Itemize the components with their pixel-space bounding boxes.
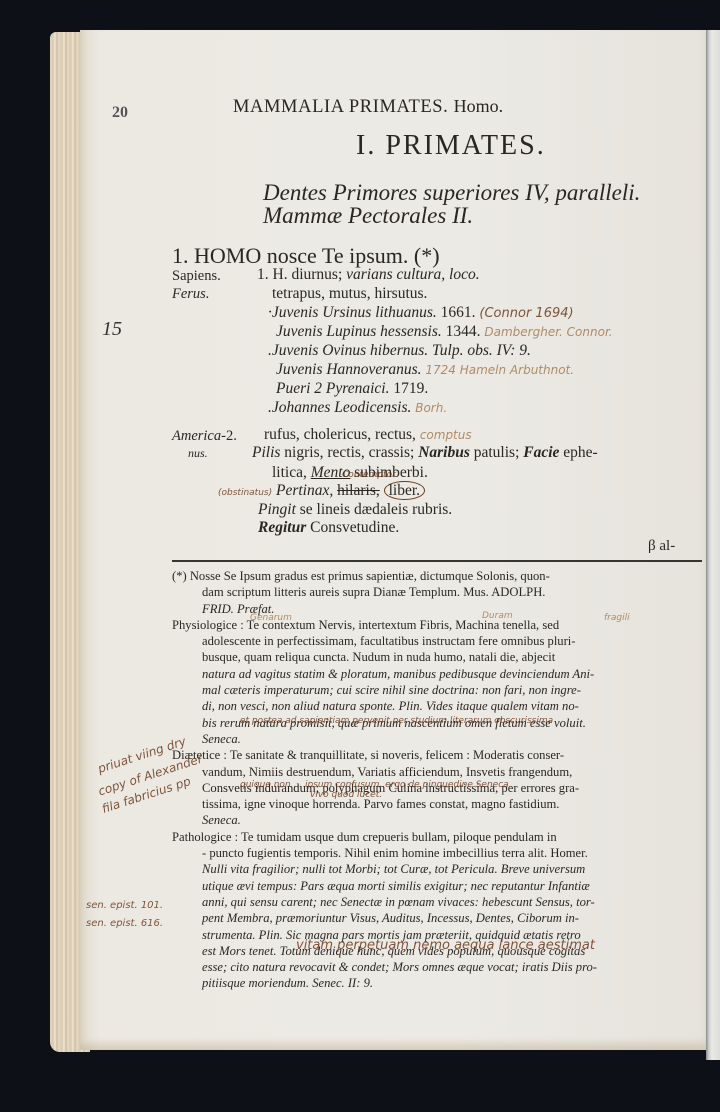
text: litica,	[272, 464, 307, 481]
footnote-line: pitiisque moriendum. Senec. II: 9.	[172, 975, 700, 991]
footnote-line: utique ævi tempus: Pars æqua morti simil…	[172, 878, 700, 894]
americanus-number: 2.	[226, 428, 237, 444]
sapiens-line: 1. H. diurnus; varians cultura, loco.	[257, 266, 480, 284]
handwritten-note: quique non ... ipsum confusum, ergo de p…	[240, 780, 509, 790]
ferus-item-year: 1344.	[446, 323, 481, 340]
term: Pingit	[258, 501, 296, 518]
handwritten-note: comptus	[420, 428, 472, 442]
handwritten-note: Genarum	[250, 613, 292, 623]
term: Pilis	[252, 444, 280, 461]
section-title: I. PRIMATES.	[356, 130, 546, 162]
americanus-text: rufus, cholericus, rectus,	[264, 426, 416, 443]
footnote-line: adolescente in perfectissimam, facultati…	[172, 633, 700, 649]
bottom-handwritten-line: vitam perpetuam nemo aequa lance aestima…	[296, 938, 595, 953]
footnote-line: Seneca.	[172, 731, 700, 747]
footnote-line: busque, quam reliqua cuncta. Nudum in nu…	[172, 649, 700, 665]
footnote-line: vandum, Nimiis destruendum, Variatis aff…	[172, 764, 700, 780]
footnote-line: Diætetice : Te sanitate & tranquillitate…	[172, 747, 700, 763]
sapiens-label: Sapiens.	[172, 268, 221, 285]
footnote-line: Seneca.	[172, 812, 700, 828]
ferus-item-text: ·Juvenis Ursinus lithuanus.	[268, 304, 437, 321]
footnote-line: Nulli vita fragilior; nulli tot Morbi; t…	[172, 861, 700, 877]
ferus-description: tetrapus, mutus, hirsutus.	[272, 285, 427, 303]
ferus-label: Ferus.	[172, 286, 209, 303]
footnote-line: pent Membra, præmoriuntur Visus, Auditus…	[172, 910, 700, 926]
footnote-line: Pathologice : Te tumidam usque dum crepu…	[172, 829, 700, 845]
next-page-edge	[706, 30, 720, 1060]
footnote-line: mal cæteris imperaturum; cui scire nihil…	[172, 682, 700, 698]
running-title: MAMMALIA PRIMATES.	[233, 97, 448, 117]
text: nigris, rectis, crassis;	[284, 444, 414, 461]
ferus-item-year: 1719.	[393, 380, 428, 397]
margin-note-sen-epist-1: sen. epist. 101.	[86, 900, 163, 911]
order-character-line-2: Mammæ Pectorales II.	[263, 203, 473, 229]
term: Pertinax,	[276, 482, 333, 499]
ferus-item-1: ·Juvenis Ursinus lithuanus. 1661. (Conno…	[268, 304, 574, 322]
ferus-item-2: Juvenis Lupinus hessensis. 1344. Damberg…	[276, 323, 613, 341]
footnote-line: natura ad vagitus statim & ploratum, man…	[172, 666, 700, 682]
running-head: MAMMALIA PRIMATES. Homo.	[233, 96, 503, 118]
americanus-line-5: Pingit se lineis dædaleis rubris.	[258, 501, 452, 519]
handwritten-note: Duram	[482, 611, 513, 621]
handwritten-note: et postea ad sapientiam pervenit per stu…	[240, 716, 553, 726]
handwritten-note: (obstinatus)	[218, 488, 272, 498]
ferus-item-6: .Johannes Leodicensis. Borh.	[268, 399, 447, 417]
americanus-line-6: Regitur Consvetudine.	[258, 519, 399, 537]
text: se lineis dædaleis rubris.	[300, 501, 452, 518]
sapiens-number: 1. H. diurnus;	[257, 266, 342, 283]
footnote-line: tissima, igne vinoque horrenda. Parvo fa…	[172, 796, 700, 812]
handwritten-note: Borh.	[415, 401, 447, 415]
term: Regitur	[258, 519, 306, 536]
americanus-label-1: America-	[172, 428, 226, 444]
ferus-item-3: .Juvenis Ovinus hibernus. Tulp. obs. IV:…	[268, 342, 531, 360]
americanus-line-4: (obstinatus) Pertinax, hilaris, liber.	[218, 482, 425, 500]
margin-note-15: 15	[102, 318, 122, 341]
ferus-item-text: Juvenis Hannoveranus.	[276, 361, 422, 378]
sapiens-italic: varians cultura, loco.	[346, 266, 479, 283]
handwritten-note: 1724 Hameln Arbuthnot.	[425, 363, 574, 377]
page-number: 20	[112, 104, 128, 122]
term: Facie	[523, 444, 559, 461]
ferus-item-text: Pueri 2 Pyrenaici.	[276, 380, 390, 397]
americanus-line-2: Pilis nigris, rectis, crassis; Naribus p…	[252, 444, 598, 462]
catchword: β al-	[648, 538, 675, 555]
text: patulis;	[474, 444, 520, 461]
text: ephe-	[563, 444, 597, 461]
americanus-label: America-2.	[172, 428, 237, 445]
handwritten-note: Dambergher. Connor.	[484, 325, 612, 339]
americanus-label-2: nus.	[188, 446, 208, 461]
term: Naribus	[418, 444, 470, 461]
footnote-line: - puncto fugientis temporis. Nihil enim …	[172, 845, 700, 861]
running-genus: Homo.	[454, 96, 504, 116]
handwritten-note: vivo quod lucet.	[310, 790, 382, 800]
handwritten-note: Contemptor	[342, 470, 396, 480]
margin-note-sen-epist-2: sen. epist. 616.	[86, 918, 163, 929]
handwritten-note: fragili	[604, 613, 630, 623]
footnote-rule	[172, 560, 702, 562]
footnote-line: anni, qui sensu carent; nec Senectæ in p…	[172, 894, 700, 910]
footnote-line: dam scriptum litteris aureis supra Dianæ…	[172, 584, 700, 600]
ferus-item-5: Pueri 2 Pyrenaici. 1719.	[276, 380, 428, 398]
footnote-line: esse; cito natura revocavit & condet; Mo…	[172, 959, 700, 975]
ferus-item-4: Juvenis Hannoveranus. 1724 Hameln Arbuth…	[276, 361, 574, 379]
circled-text: liber.	[384, 481, 425, 500]
ferus-item-year: 1661.	[441, 304, 476, 321]
footnote-line: (*) Nosse Se Ipsum gradus est primus sap…	[172, 568, 700, 584]
ferus-item-text: .Johannes Leodicensis.	[268, 399, 411, 416]
struck-text: hilaris,	[337, 482, 380, 499]
americanus-line-1: rufus, cholericus, rectus, comptus	[264, 426, 472, 444]
footnote-line: di, non vesci, non aliud natura sponte. …	[172, 698, 700, 714]
handwritten-note: (Connor 1694)	[479, 306, 573, 321]
text: Consvetudine.	[310, 519, 399, 536]
ferus-item-text: Juvenis Lupinus hessensis.	[276, 323, 442, 340]
